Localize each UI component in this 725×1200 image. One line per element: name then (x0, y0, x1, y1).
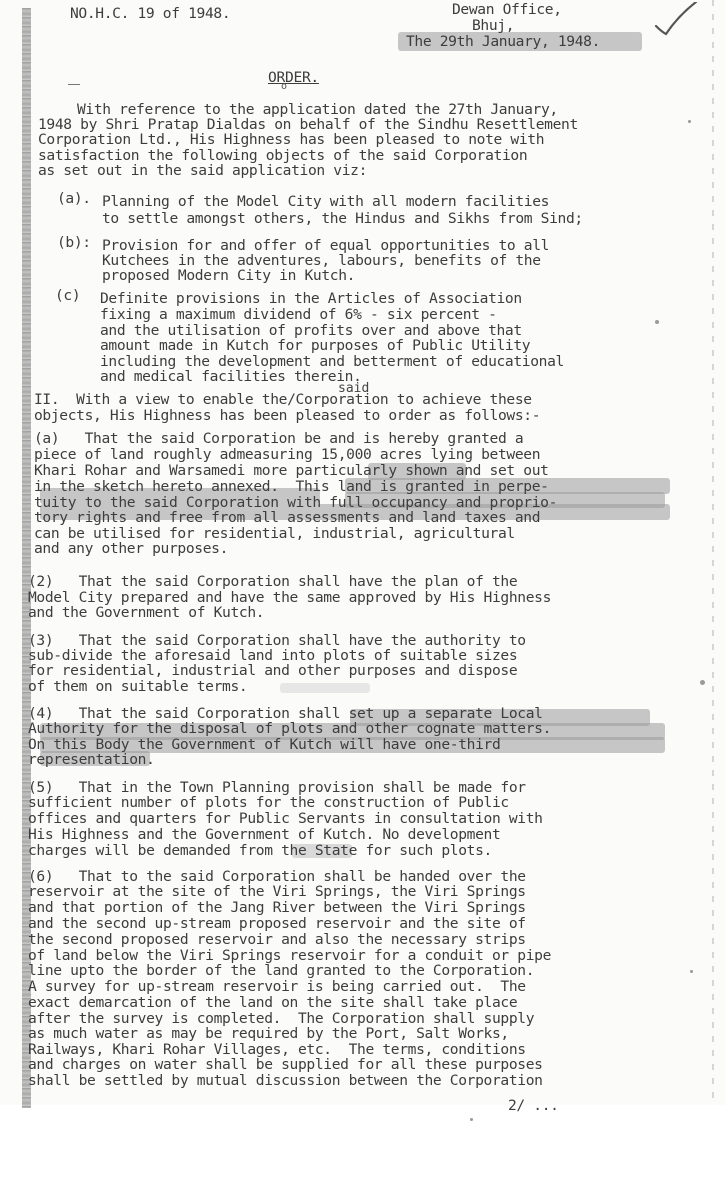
order-5-line: sufficient number of plots for the const… (28, 795, 509, 811)
order-6-line: reservoir at the site of the Viri Spring… (28, 884, 526, 900)
document-page: NO.H.C. 19 of 1948. Dewan Office, Bhuj, … (0, 0, 725, 1105)
object-label-a: (a). (57, 191, 91, 207)
order-6-line: as much water as may be required by the … (28, 1026, 509, 1042)
order-6-line: shall be settled by mutual discussion be… (28, 1073, 543, 1089)
scan-speck (700, 680, 705, 685)
smudge-terms (280, 683, 370, 693)
order-5-line: charges will be demanded from the State … (28, 843, 492, 859)
section-two-line: objects, His Highness has been pleased t… (34, 408, 540, 424)
object-line: Planning of the Model City with all mode… (102, 194, 549, 210)
order-date: The 29th January, 1948. (406, 34, 600, 50)
section-two-line: II. With a view to enable the/Corporatio… (34, 392, 532, 408)
order-2-line: and the Government of Kutch. (28, 605, 264, 621)
order-6-line: line upto the border of the land granted… (28, 963, 534, 979)
order-4-line: representation. (28, 752, 155, 768)
order-a-line: in the sketch hereto annexed. This land … (34, 479, 549, 495)
order-3-line: of them on suitable terms. (28, 679, 247, 695)
reference-number: NO.H.C. 19 of 1948. (70, 6, 230, 22)
document-title: ORDER. (268, 69, 319, 86)
order-4-line: Authority for the disposal of plots and … (28, 721, 551, 737)
office-name: Dewan Office, (452, 2, 562, 18)
object-line: Definite provisions in the Articles of A… (100, 291, 522, 307)
object-line: proposed Modern City in Kutch. (102, 268, 355, 284)
scan-speck (688, 120, 691, 123)
object-label-c: (c) (55, 288, 80, 304)
order-a-line: tory rights and free from all assessment… (34, 510, 540, 526)
continuation-marker: 2/ ... (508, 1098, 559, 1114)
page-edge (712, 0, 714, 1105)
order-6-line: A survey for up-stream reservoir is bein… (28, 979, 526, 995)
order-6-line: exact demarcation of the land on the sit… (28, 995, 517, 1011)
scan-speck (655, 320, 659, 324)
order-3-line: for residential, industrial and other pu… (28, 663, 517, 679)
order-6-line: the second proposed reservoir and also t… (28, 932, 526, 948)
intro-line: Corporation Ltd., His Highness has been … (38, 132, 544, 148)
order-5-line: His Highness and the Government of Kutch… (28, 827, 500, 843)
object-line: to settle amongst others, the Hindus and… (102, 211, 583, 227)
object-line: and medical facilities therein. (100, 369, 362, 385)
office-place: Bhuj, (472, 18, 514, 34)
object-line: fixing a maximum dividend of 6% - six pe… (100, 307, 497, 323)
order-6-line: and charges on water shall be supplied f… (28, 1057, 543, 1073)
scan-speck (690, 970, 693, 973)
margin-mark (68, 84, 80, 85)
order-a-line: (a) That the said Corporation be and is … (34, 431, 523, 447)
order-a-line: and any other purposes. (34, 541, 228, 557)
order-6-line: and the second up-stream proposed reserv… (28, 916, 526, 932)
title-mark: o (281, 81, 287, 92)
scan-speck (470, 1118, 473, 1121)
order-6-line: and that portion of the Jang River betwe… (28, 900, 526, 916)
object-label-b: (b): (57, 235, 91, 251)
object-line: amount made in Kutch for purposes of Pub… (100, 338, 530, 354)
order-a-line: Khari Rohar and Warsamedi more particula… (34, 463, 549, 479)
order-2-line: (2) That the said Corporation shall have… (28, 574, 517, 590)
checkmark-icon (648, 2, 718, 42)
order-5-line: offices and quarters for Public Servants… (28, 811, 543, 827)
intro-line: as set out in the said application viz: (38, 163, 367, 179)
order-a-line: piece of land roughly admeasuring 15,000… (34, 447, 540, 463)
